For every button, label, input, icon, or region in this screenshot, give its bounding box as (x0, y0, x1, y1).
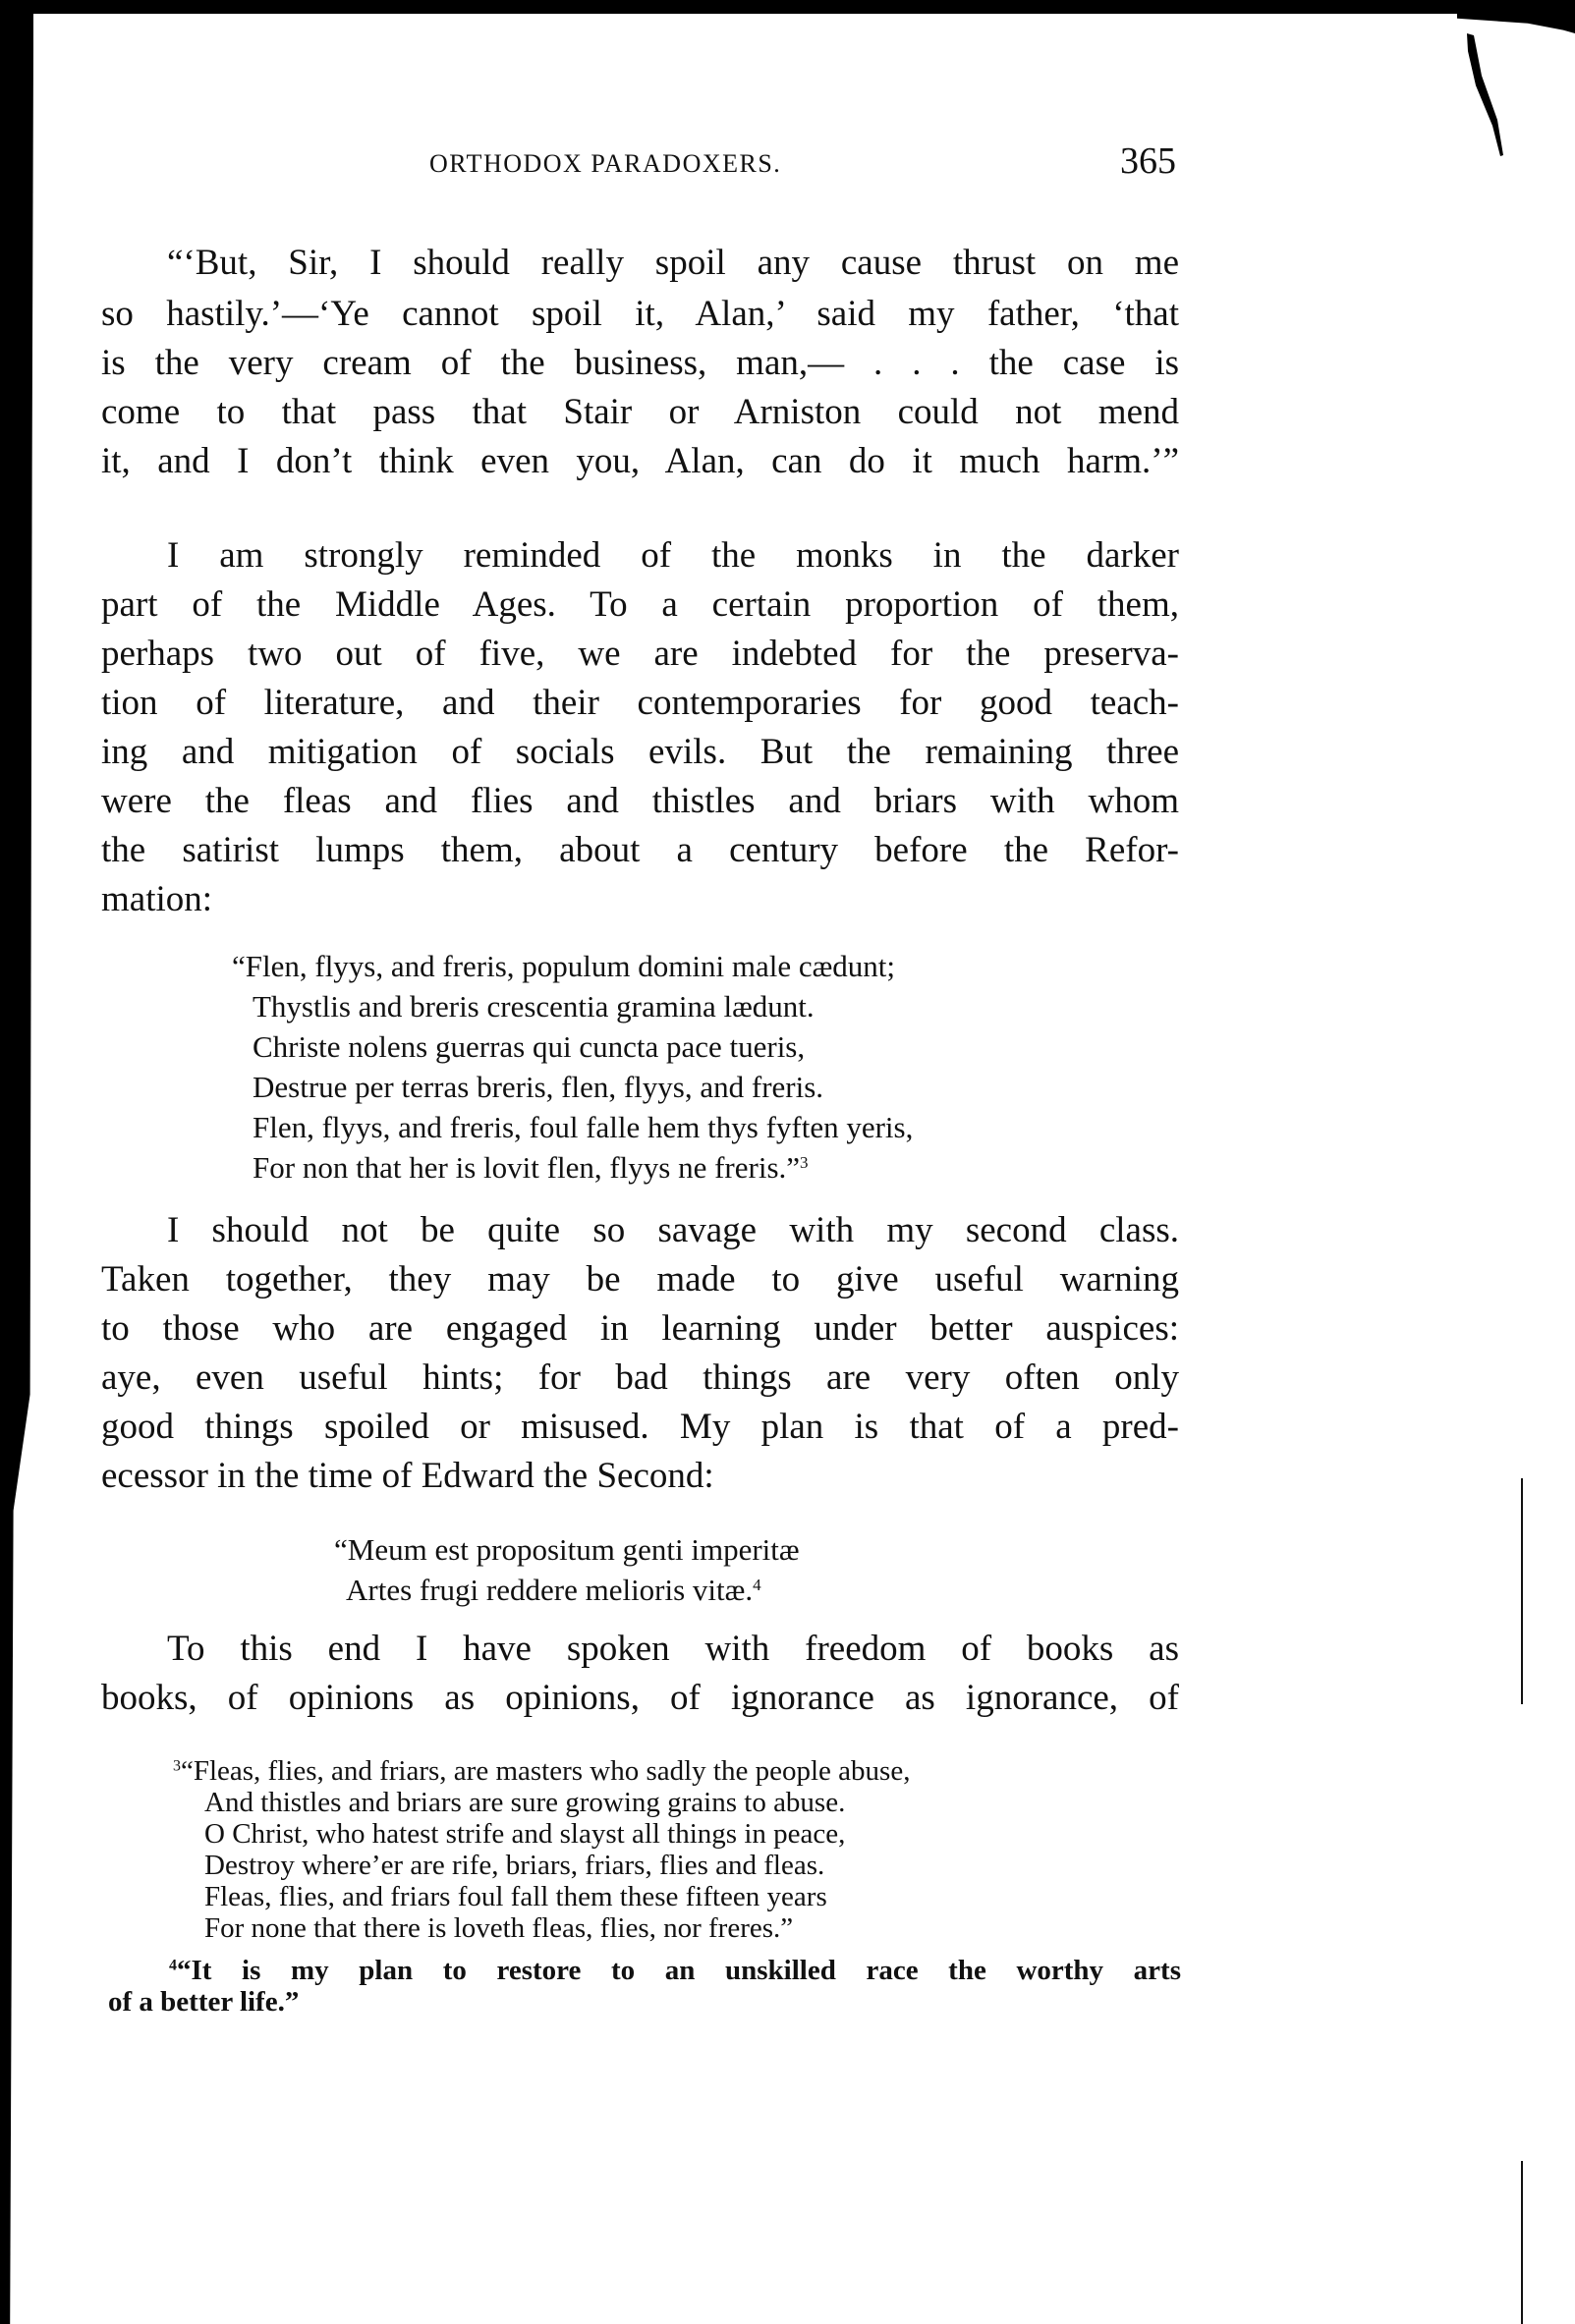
text-line: good things spoiled or misused. My plan … (101, 1403, 1179, 1452)
footnote-text: “Fleas, flies, and friars, are masters w… (181, 1755, 910, 1787)
verse-line: Destrue per terras breris, flen, flyys, … (253, 1067, 823, 1107)
text-line: so hastily.’—‘Ye cannot spoil it, Alan,’… (101, 290, 1179, 339)
scan-edge-rule (1521, 2161, 1523, 2324)
text-line: mation: (101, 875, 1179, 924)
verse-line: Artes frugi reddere melioris vitæ.4 (346, 1570, 761, 1610)
verse-line: “Flen, flyys, and freris, populum domini… (232, 946, 895, 986)
text-line: Taken together, they may be made to give… (101, 1255, 1179, 1304)
footnote-line: of a better life.” (108, 1986, 299, 2018)
verse-line: Christe nolens guerras qui cuncta pace t… (253, 1026, 805, 1067)
verse-line: For non that her is lovit flen, flyys ne… (253, 1147, 809, 1188)
page-number: 365 (1120, 139, 1176, 183)
scan-border-top-right (1457, 0, 1575, 33)
verse-line-text: For non that her is lovit flen, flyys ne… (253, 1150, 800, 1185)
text-line: to those who are engaged in learning und… (101, 1304, 1179, 1354)
footnote-ref[interactable]: 3 (800, 1153, 809, 1172)
text-line: ecessor in the time of Edward the Second… (101, 1452, 1179, 1501)
verse-line-text: Artes frugi reddere melioris vitæ. (346, 1573, 753, 1607)
footnote-ref[interactable]: 4 (753, 1576, 761, 1594)
text-line: part of the Middle Ages. To a certain pr… (101, 581, 1179, 630)
footnote-line: Destroy where’er are rife, briars, friar… (204, 1850, 824, 1881)
text-line: were the fleas and flies and thistles an… (101, 777, 1179, 826)
footnote-line: O Christ, who hatest strife and slayst a… (204, 1818, 845, 1850)
scan-border-top (0, 0, 1575, 14)
footnote-text: “It is my plan to restore to an unskille… (177, 1955, 1181, 1986)
text-line: it, and I don’t think even you, Alan, ca… (101, 437, 1179, 486)
running-head: ORTHODOX PARADOXERS. (429, 149, 781, 179)
text-line: come to that pass that Stair or Arniston… (101, 388, 1179, 437)
footnote-line: 4“It is my plan to restore to an unskill… (169, 1955, 1181, 1986)
text-line: aye, even useful hints; for bad things a… (101, 1354, 1179, 1403)
footnote-line: And thistles and briars are sure growing… (204, 1787, 845, 1818)
scan-edge-rule (1521, 1478, 1523, 1704)
footnote-marker: 3 (173, 1757, 181, 1774)
scan-border-left-edge (0, 1179, 8, 2324)
verse-line: Thystlis and breris crescentia gramina l… (253, 986, 815, 1026)
text-line: I should not be quite so savage with my … (167, 1206, 1179, 1255)
text-line: tion of literature, and their contempora… (101, 679, 1179, 728)
text-line: perhaps two out of five, we are indebted… (101, 630, 1179, 679)
verse-line: “Meum est propositum genti imperitæ (334, 1529, 800, 1570)
footnote-line: 3“Fleas, flies, and friars, are masters … (173, 1755, 910, 1787)
footnote-line: For none that there is loveth fleas, fli… (204, 1912, 793, 1944)
text-line: I am strongly reminded of the monks in t… (167, 531, 1179, 581)
footnote-marker: 4 (169, 1957, 177, 1973)
verse-line: Flen, flyys, and freris, foul falle hem … (253, 1107, 913, 1147)
scan-stroke-mark (1464, 31, 1513, 159)
text-line: “‘But, Sir, I should really spoil any ca… (167, 239, 1179, 288)
text-line: the satirist lumps them, about a century… (101, 826, 1179, 875)
text-line: is the very cream of the business, man,—… (101, 339, 1179, 388)
text-line: books, of opinions as opinions, of ignor… (101, 1674, 1179, 1723)
footnote-line: Fleas, flies, and friars foul fall them … (204, 1881, 827, 1912)
text-line: ing and mitigation of socials evils. But… (101, 728, 1179, 777)
text-line: To this end I have spoken with freedom o… (167, 1625, 1179, 1674)
